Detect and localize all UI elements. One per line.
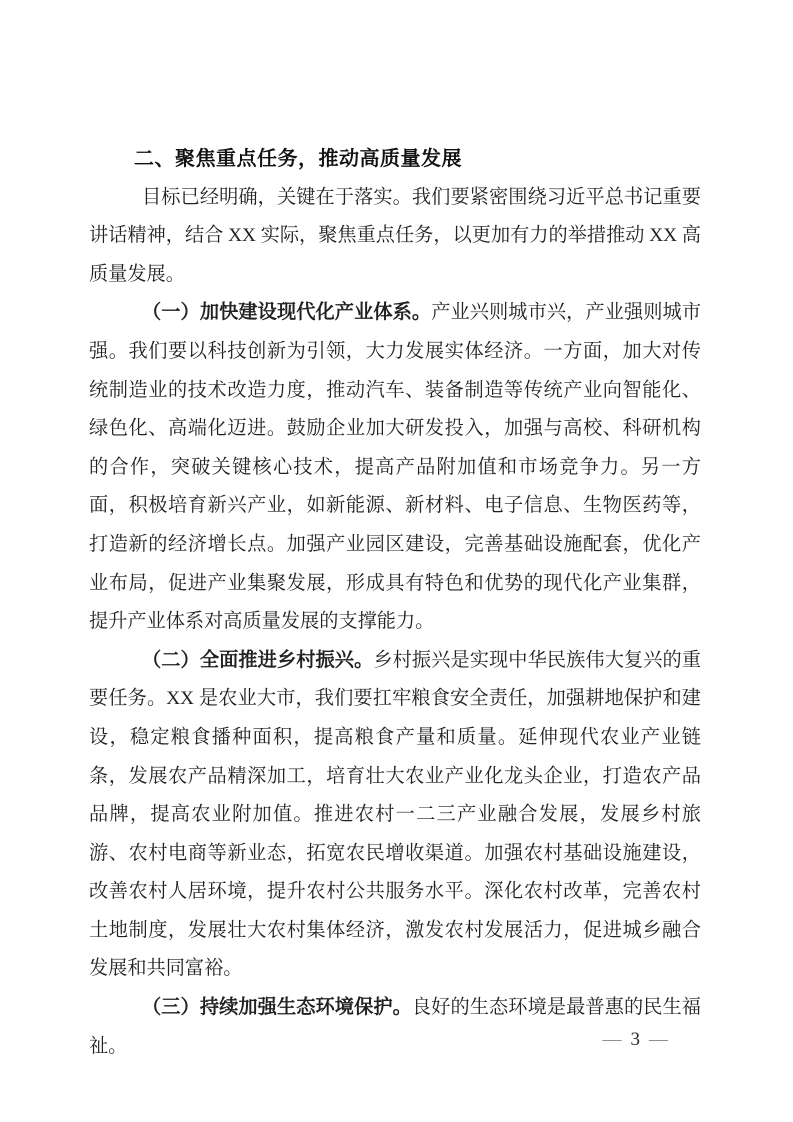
page-number-dash-left: — <box>603 1029 622 1050</box>
intro-paragraph-text: 目标已经明确，关键在于落实。我们要紧密围绕习近平总书记重要讲话精神，结合 XX … <box>89 187 701 285</box>
intro-paragraph: 目标已经明确，关键在于落实。我们要紧密围绕习近平总书记重要讲话精神，结合 XX … <box>89 179 701 295</box>
section-2-lead: （二）全面推进乡村振兴。 <box>142 650 373 671</box>
section-1-text: 产业兴则城市兴，产业强则城市强。我们要以科技创新为引领，大力发展实体经济。一方面… <box>89 302 701 632</box>
section-1-paragraph: （一）加快建设现代化产业体系。产业兴则城市兴，产业强则城市强。我们要以科技创新为… <box>89 294 701 641</box>
section-1-lead: （一）加快建设现代化产业体系。 <box>142 302 431 323</box>
page-number-dash-right: — <box>649 1029 668 1050</box>
section-2-text: 乡村振兴是实现中华民族伟大复兴的重要任务。XX 是农业大市，我们要扛牢粮食安全责… <box>89 650 701 980</box>
section-heading: 二、聚焦重点任务，推动高质量发展 <box>89 140 701 179</box>
section-3-lead: （三）持续加强生态环境保护。 <box>142 997 412 1018</box>
page-number-value: 3 <box>631 1029 641 1050</box>
section-2-paragraph: （二）全面推进乡村振兴。乡村振兴是实现中华民族伟大复兴的重要任务。XX 是农业大… <box>89 642 701 989</box>
page-number: —3— <box>603 1028 669 1052</box>
document-page: 二、聚焦重点任务，推动高质量发展 目标已经明确，关键在于落实。我们要紧密围绕习近… <box>0 0 793 1122</box>
